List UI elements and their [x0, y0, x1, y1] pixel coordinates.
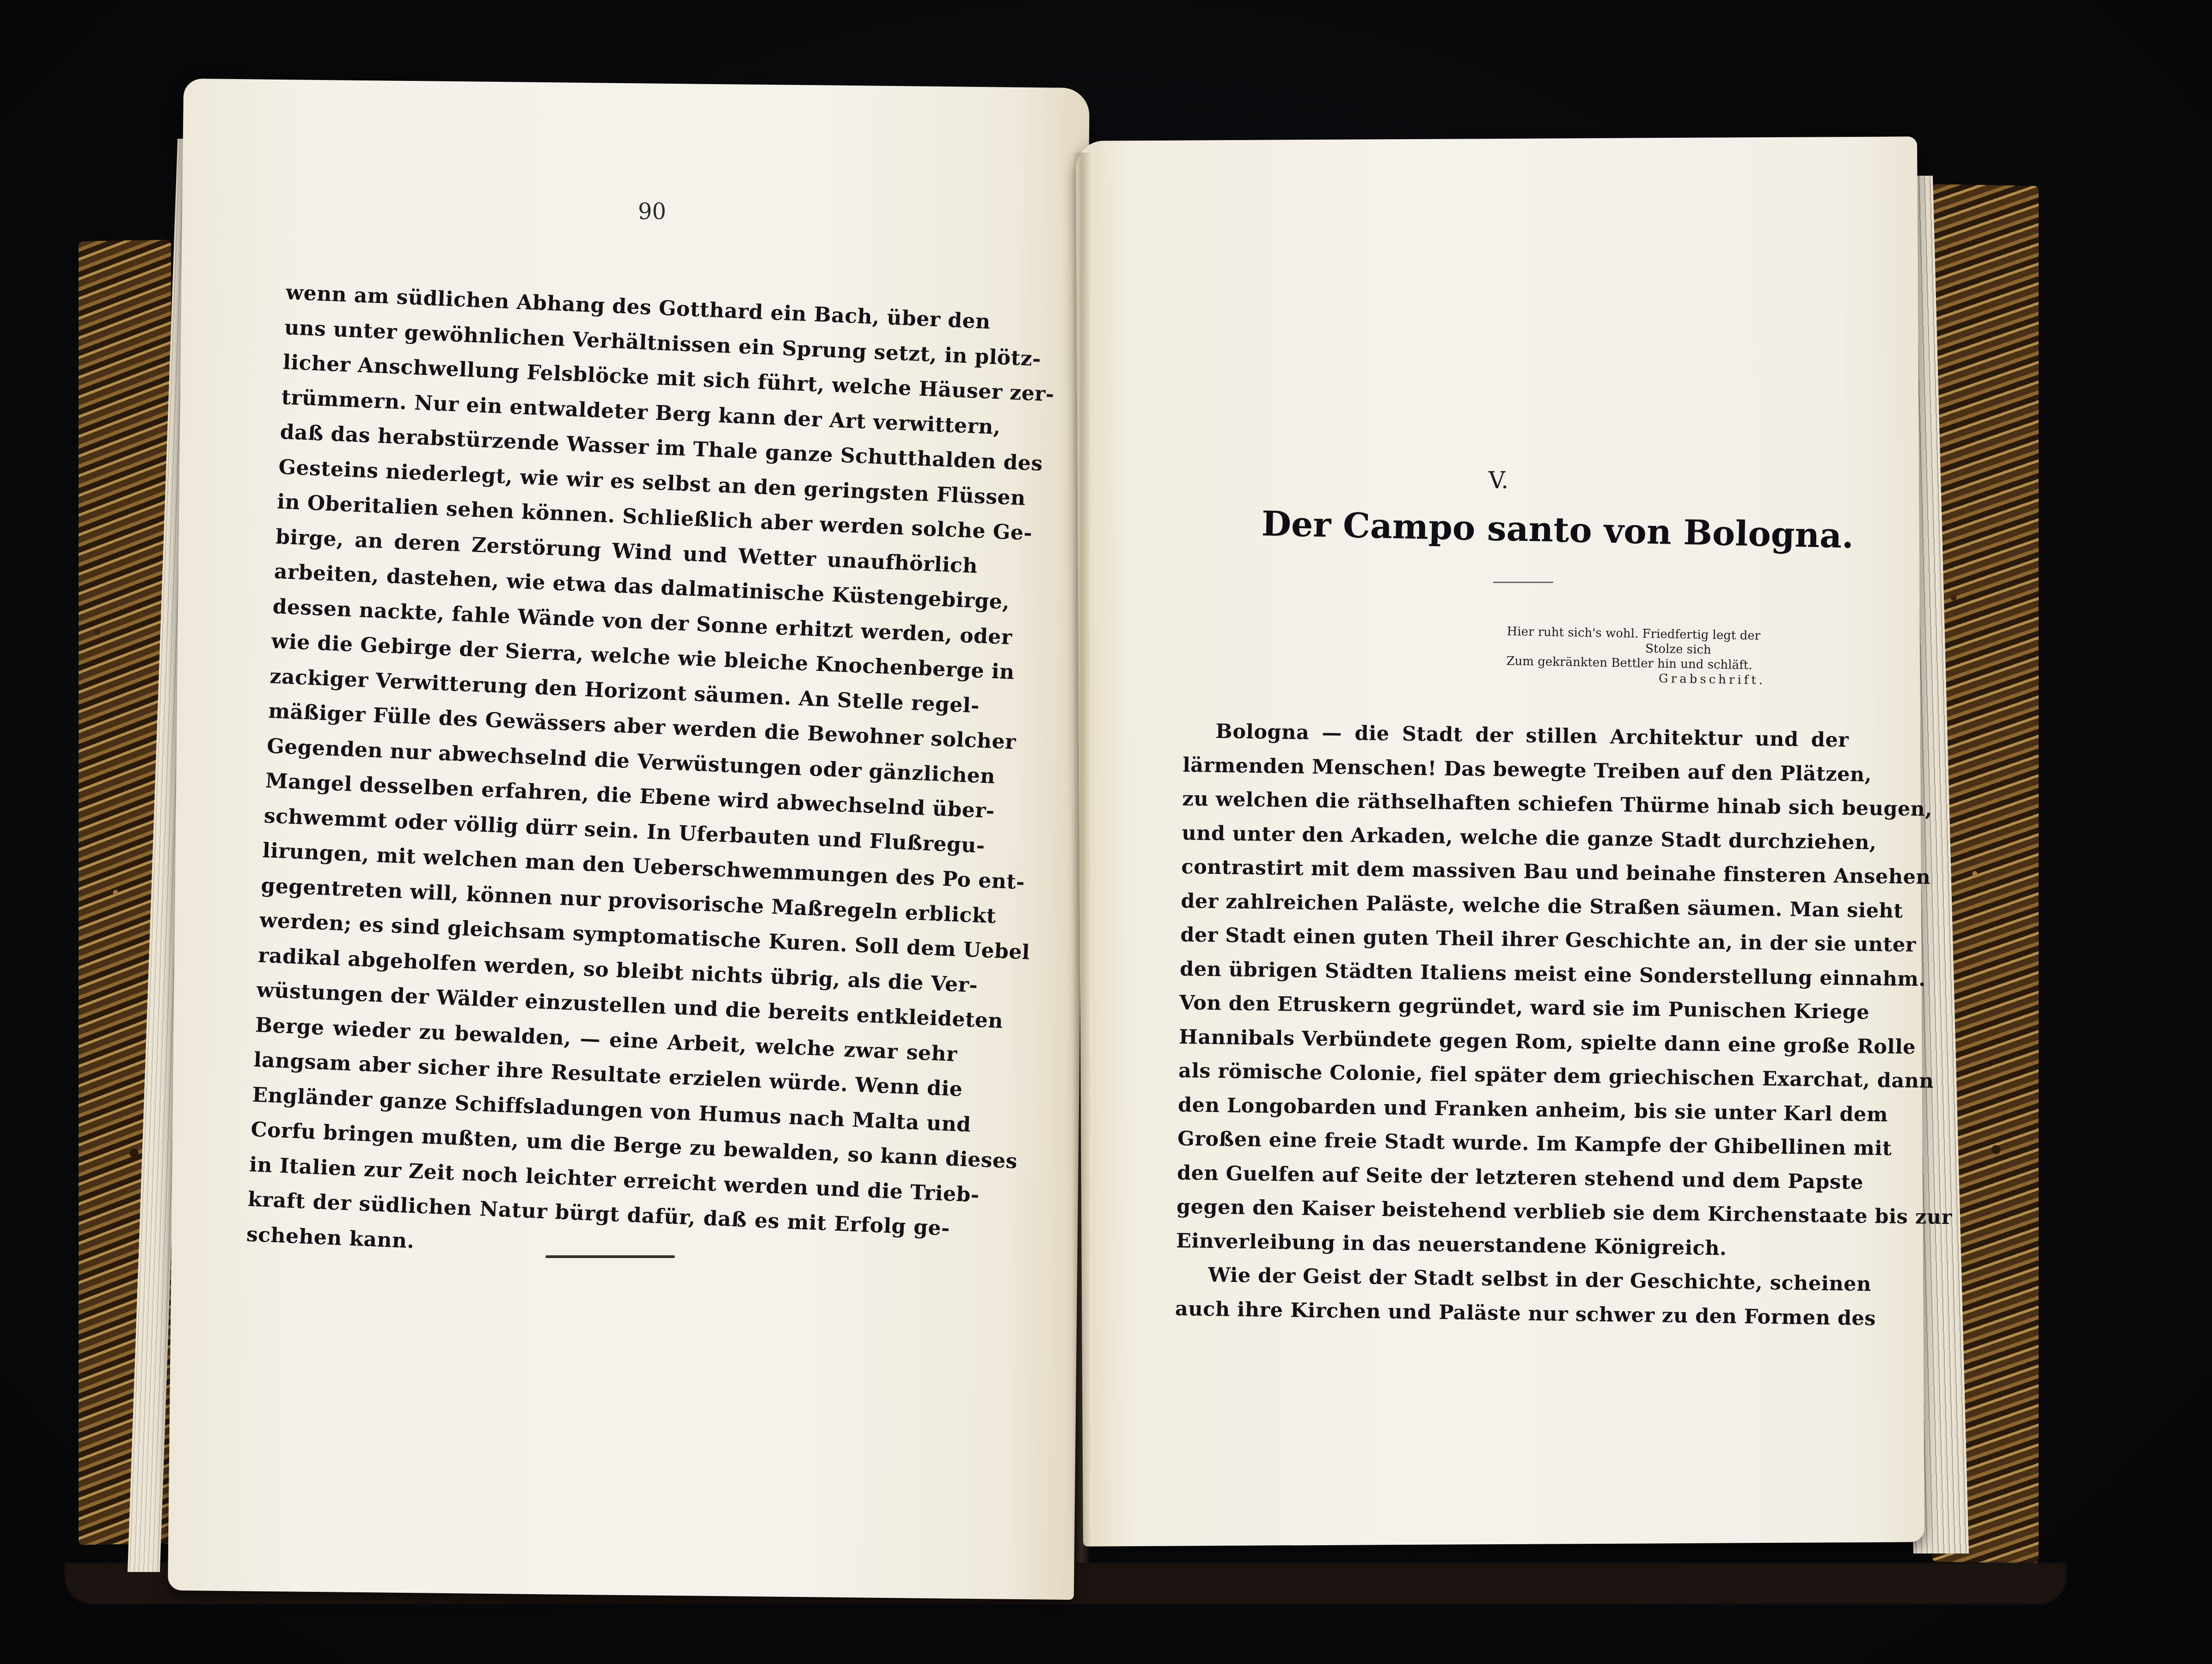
left-page-body: wenn am südlichen Abhang des Gotthard ei…: [245, 275, 988, 1281]
title-divider: [1493, 582, 1553, 583]
right-page-body: Bologna — die Stadt der stillen Architek…: [1175, 714, 1849, 1335]
book-photo-scene: 90 wenn am südlichen Abhang des Gotthard…: [0, 0, 2212, 1664]
section-end-rule: [545, 1255, 675, 1258]
page-number: 90: [638, 199, 666, 225]
epigraph: Hier ruht sich's wohl. Friedfertig legt …: [1506, 624, 1803, 688]
chapter-number: V.: [1489, 467, 1508, 494]
book-gutter: [1072, 153, 1091, 1563]
